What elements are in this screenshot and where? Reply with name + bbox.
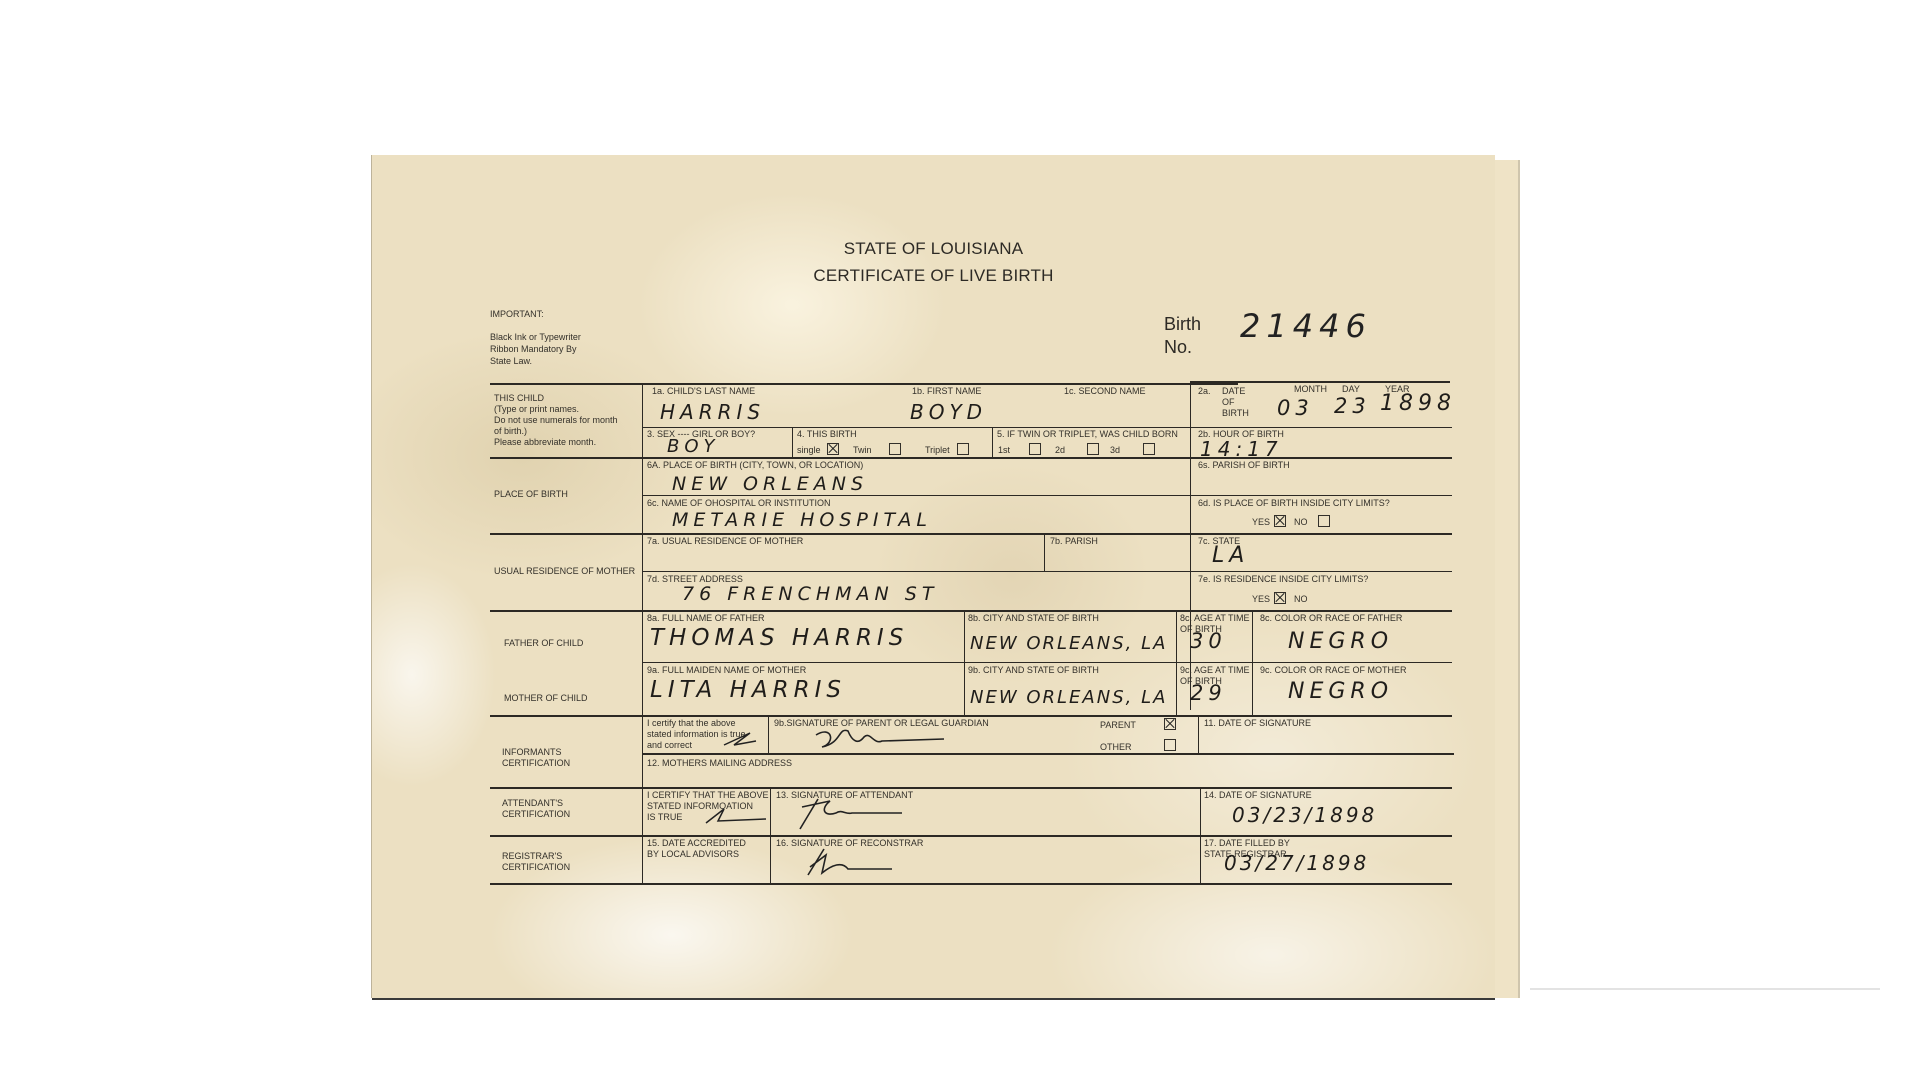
order-3d-label: 3d [1110, 445, 1120, 455]
label-12: 12. MOTHERS MAILING ADDRESS [647, 758, 792, 768]
important-notice: IMPORTANT: Black Ink or Typewriter Ribbo… [490, 308, 650, 367]
state-title: STATE OF LOUISIANA [372, 239, 1495, 259]
rule [1252, 610, 1253, 715]
rule [490, 610, 1452, 612]
father-age[interactable]: 30 [1190, 629, 1227, 653]
twin-checkbox[interactable] [889, 443, 901, 455]
rule [490, 883, 1452, 885]
label-line: OF [1222, 397, 1249, 408]
label-9a: 9a. FULL MAIDEN NAME OF MOTHER [647, 665, 806, 675]
label-line: BIRTH [1222, 408, 1249, 419]
section-line: of birth.) [494, 426, 618, 437]
birth-day[interactable]: 23 [1334, 394, 1371, 418]
important-line: Black Ink or Typewriter [490, 331, 650, 343]
label-6b: 6s. PARISH OF BIRTH [1198, 460, 1290, 470]
section-this-child: THIS CHILD (Type or print names. Do not … [494, 393, 618, 448]
label-4: 4. THIS BIRTH [797, 429, 857, 439]
section-attendant: ATTENDANT'S CERTIFICATION [502, 798, 570, 820]
label-2a: DATE OF BIRTH [1222, 386, 1249, 419]
birth-month[interactable]: 03 [1277, 396, 1314, 420]
label-7e: 7e. IS RESIDENCE INSIDE CITY LIMITS? [1198, 574, 1368, 584]
section-line: THIS CHILD [494, 393, 618, 404]
child-first-name[interactable]: BOYD [910, 400, 987, 424]
label-day: DAY [1342, 384, 1360, 394]
label-line: BY LOCAL ADVISORS [647, 849, 746, 860]
label-month: MONTH [1294, 384, 1327, 394]
label-1b: 1b. FIRST NAME [912, 386, 981, 396]
birth-certificate: STATE OF LOUISIANA CERTIFICATE OF LIVE B… [372, 155, 1495, 998]
paper-shadow [1530, 988, 1880, 996]
rule [490, 715, 1452, 717]
first-born-checkbox[interactable] [1029, 443, 1041, 455]
label-11: 11. DATE OF SIGNATURE [1204, 718, 1311, 728]
rule [642, 753, 1454, 755]
attendant-signature-date[interactable]: 03/23/1898 [1232, 803, 1377, 827]
important-line: Ribbon Mandatory By [490, 343, 650, 355]
rule [642, 571, 1452, 572]
6d-yes-label: YES [1252, 517, 1270, 527]
order-1st-label: 1st [998, 445, 1010, 455]
section-line: Please abbreviate month. [494, 437, 618, 448]
rule [642, 495, 1452, 496]
rule [1044, 533, 1045, 571]
parent-label: PARENT [1100, 720, 1136, 730]
street-address[interactable]: 76 FRENCHMAN ST [682, 583, 938, 605]
section-line: CERTIFICATION [502, 862, 570, 873]
child-last-name[interactable]: HARRIS [660, 400, 765, 424]
order-2d-label: 2d [1055, 445, 1065, 455]
option-triplet-label: Triplet [925, 445, 950, 455]
third-born-checkbox[interactable] [1143, 443, 1155, 455]
section-mother: MOTHER OF CHILD [504, 693, 588, 704]
other-checkbox[interactable] [1164, 739, 1176, 751]
parent-signature [812, 723, 952, 751]
registrar-signature [802, 845, 902, 879]
section-usual-residence: USUAL RESIDENCE OF MOTHER [494, 566, 635, 577]
informant-initials [720, 729, 760, 749]
important-line: State Law. [490, 355, 650, 367]
label-15: 15. DATE ACCREDITED BY LOCAL ADVISORS [647, 838, 746, 860]
label-7a: 7a. USUAL RESIDENCE OF MOTHER [647, 536, 803, 546]
rule [1198, 715, 1199, 753]
section-registrar: REGISTRAR'S CERTIFICATION [502, 851, 570, 873]
mother-race[interactable]: NEGRO [1288, 679, 1393, 704]
label-9c-race: 9c. COLOR OR RACE OF MOTHER [1260, 665, 1407, 675]
father-name[interactable]: THOMAS HARRIS [650, 625, 908, 651]
section-line: CERTIFICATION [502, 758, 570, 769]
rule [792, 427, 793, 457]
section-line: Do not use numerals for month [494, 415, 618, 426]
birth-label: Birth [1164, 313, 1201, 336]
section-father: FATHER OF CHILD [504, 638, 583, 649]
6d-no-checkbox[interactable] [1318, 515, 1330, 527]
label-6d: 6d. IS PLACE OF BIRTH INSIDE CITY LIMITS… [1198, 498, 1390, 508]
section-line: ATTENDANT'S [502, 798, 570, 809]
single-checkbox[interactable] [827, 443, 839, 455]
rule [490, 533, 1452, 535]
label-7b: 7b. PARISH [1050, 536, 1098, 546]
label-8b: 8b. CITY AND STATE OF BIRTH [968, 613, 1099, 623]
label-line: 8c. AGE AT TIME [1180, 613, 1250, 624]
no-label: No. [1164, 336, 1201, 359]
section-line: (Type or print names. [494, 404, 618, 415]
rule [1176, 610, 1177, 715]
option-twin-label: Twin [853, 445, 872, 455]
attendant-initials [702, 803, 772, 827]
label-5: 5. IF TWIN OR TRIPLET, WAS CHILD BORN [997, 429, 1178, 439]
rule [770, 787, 771, 883]
rule [642, 662, 1452, 663]
6d-no-label: NO [1294, 517, 1308, 527]
certificate-title: CERTIFICATE OF LIVE BIRTH [372, 266, 1495, 286]
rule [490, 383, 1238, 385]
rule [490, 457, 1452, 459]
registrar-filed-date[interactable]: 03/27/1898 [1224, 851, 1369, 875]
rule [1190, 381, 1450, 383]
rule [642, 383, 643, 883]
section-line: REGISTRAR'S [502, 851, 570, 862]
residence-state[interactable]: LA [1212, 543, 1249, 568]
label-6a: 6A. PLACE OF BIRTH (CITY, TOWN, OR LOCAT… [647, 460, 863, 470]
rule [964, 610, 965, 715]
father-race[interactable]: NEGRO [1288, 629, 1393, 654]
cert-line: I CERTIFY THAT THE ABOVE [647, 790, 769, 801]
birth-year[interactable]: 1898 [1380, 391, 1456, 416]
child-sex[interactable]: BOY [667, 436, 720, 457]
other-label: OTHER [1100, 742, 1132, 752]
important-heading: IMPORTANT: [490, 308, 650, 320]
section-informants: INFORMANTS CERTIFICATION [502, 747, 570, 769]
rule [490, 835, 1452, 837]
place-of-birth-city[interactable]: NEW ORLEANS [672, 473, 868, 495]
mother-age[interactable]: 29 [1190, 681, 1227, 705]
label-14: 14. DATE OF SIGNATURE [1204, 790, 1312, 800]
section-line: INFORMANTS [502, 747, 570, 758]
mother-birthplace[interactable]: NEW ORLEANS, LA [970, 687, 1167, 708]
label-2a-num: 2a. [1198, 386, 1211, 396]
label-8a: 8a. FULL NAME OF FATHER [647, 613, 765, 623]
label-1c: 1c. SECOND NAME [1064, 386, 1146, 396]
label-line: 15. DATE ACCREDITED [647, 838, 746, 849]
rule [768, 715, 769, 753]
rule [1200, 787, 1201, 883]
7e-yes-checkbox[interactable] [1274, 592, 1286, 604]
second-born-checkbox[interactable] [1087, 443, 1099, 455]
label-line: 17. DATE FILLED BY [1204, 838, 1290, 849]
parent-checkbox[interactable] [1164, 718, 1176, 730]
cert-line: I certify that the above [647, 718, 746, 729]
rule [642, 427, 1452, 428]
label-8c-race: 8c. COLOR OR RACE OF FATHER [1260, 613, 1402, 623]
birth-number-value: 21446 [1240, 307, 1372, 345]
label-9b: 9b. CITY AND STATE OF BIRTH [968, 665, 1099, 675]
6d-yes-checkbox[interactable] [1274, 515, 1286, 527]
section-line: CERTIFICATION [502, 809, 570, 820]
rule [490, 787, 1452, 789]
label-line: DATE [1222, 386, 1249, 397]
hour-of-birth[interactable]: 14:17 [1200, 437, 1283, 461]
section-place-of-birth: PLACE OF BIRTH [494, 489, 568, 500]
label-1a: 1a. CHILD'S LAST NAME [652, 386, 755, 396]
birth-number-label: Birth No. [1164, 313, 1201, 359]
hospital-name[interactable]: METARIE HOSPITAL [672, 509, 932, 531]
rule [992, 427, 993, 457]
7e-yes-label: YES [1252, 594, 1270, 604]
father-birthplace[interactable]: NEW ORLEANS, LA [970, 633, 1167, 654]
triplet-checkbox[interactable] [957, 443, 969, 455]
option-single-label: single [797, 445, 821, 455]
mother-name[interactable]: LITA HARRIS [650, 677, 846, 703]
attendant-signature [790, 795, 910, 831]
7e-no-label: NO [1294, 594, 1308, 604]
label-line: 9c. AGE AT TIME [1180, 665, 1250, 676]
label-6c: 6c. NAME OF OHOSPITAL OR INSTITUTION [647, 498, 831, 508]
rule [1190, 381, 1191, 710]
